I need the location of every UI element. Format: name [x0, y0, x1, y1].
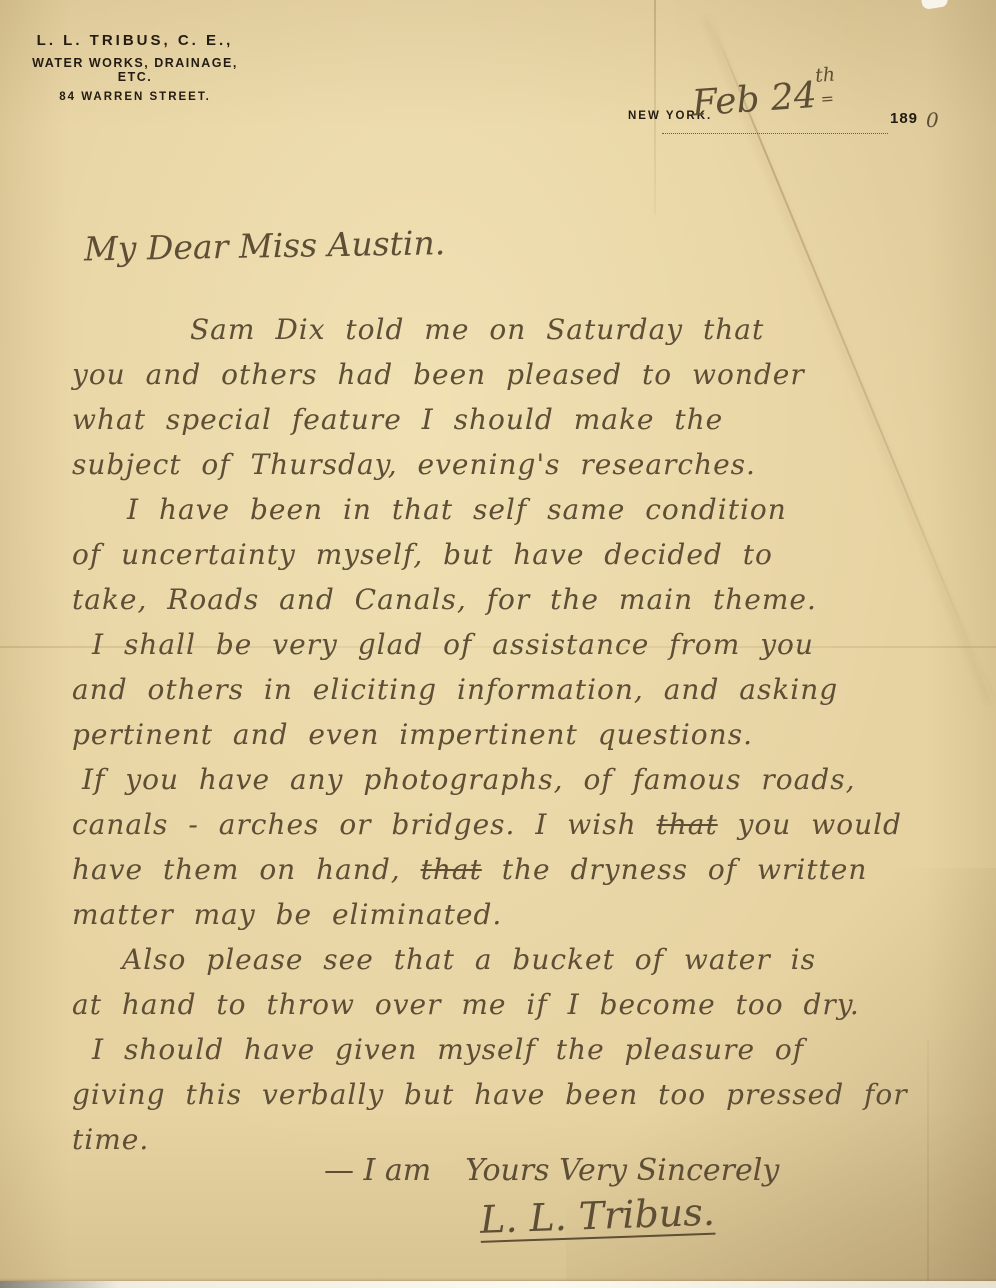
letter-content: My Dear Miss Austin. Sam Dix told me on … [72, 222, 938, 1245]
date-ordinal-suffix: th [814, 64, 835, 87]
letter-line: at hand to throw over me if I become too… [72, 982, 938, 1027]
letter-line: Sam Dix told me on Saturday that [190, 307, 938, 352]
letter-line: giving this verbally but have been too p… [72, 1072, 938, 1117]
scan-bottom-edge [0, 1281, 996, 1288]
letter-line: take, Roads and Canals, for the main the… [72, 577, 938, 622]
printed-year-prefix: 189 [890, 110, 918, 127]
letter-line: have them on hand, that the dryness of w… [72, 847, 938, 892]
letter-line: subject of Thursday, evening's researche… [72, 442, 938, 487]
date-flourish: = [820, 89, 835, 109]
letterhead-trade: WATER WORKS, DRAINAGE, ETC. [30, 56, 240, 84]
letter-line: I should have given myself the pleasure … [92, 1027, 938, 1072]
letter-line: matter may be eliminated. [72, 892, 938, 937]
letterhead: L. L. TRIBUS, C. E., WATER WORKS, DRAINA… [30, 32, 240, 103]
letter-line: I have been in that self same condition [127, 487, 938, 532]
letter-line: you and others had been pleased to wonde… [72, 352, 938, 397]
letter-line: Also please see that a bucket of water i… [122, 937, 938, 982]
handwritten-year-digit: 0 [926, 108, 939, 132]
letter-line: of uncertainty myself, but have decided … [72, 532, 938, 577]
vertical-fold-crease-top [654, 0, 656, 215]
letter-line: canals - arches or bridges. I wish that … [72, 802, 938, 847]
letter-line: pertinent and even impertinent questions… [72, 712, 938, 757]
letter-line: If you have any photographs, of famous r… [82, 757, 938, 802]
handwritten-date: Feb 24th= [691, 73, 851, 125]
paper-tear-mark [921, 0, 948, 10]
scanned-letter-page: L. L. TRIBUS, C. E., WATER WORKS, DRAINA… [0, 0, 996, 1288]
salutation: My Dear Miss Austin. [84, 215, 939, 269]
letterhead-address: 84 WARREN STREET. [30, 91, 240, 103]
letter-line: and others in eliciting information, and… [72, 667, 938, 712]
letter-line: I shall be very glad of assistance from … [92, 622, 938, 667]
date-rule-line [662, 133, 888, 134]
struck-word: that [421, 853, 482, 886]
letter-line: what special feature I should make the [72, 397, 938, 442]
closing-intro: — I am [324, 1148, 431, 1193]
letter-body: Sam Dix told me on Saturday thatyou and … [72, 307, 938, 1162]
struck-word: that [657, 808, 718, 841]
letterhead-name: L. L. TRIBUS, C. E., [30, 32, 240, 49]
